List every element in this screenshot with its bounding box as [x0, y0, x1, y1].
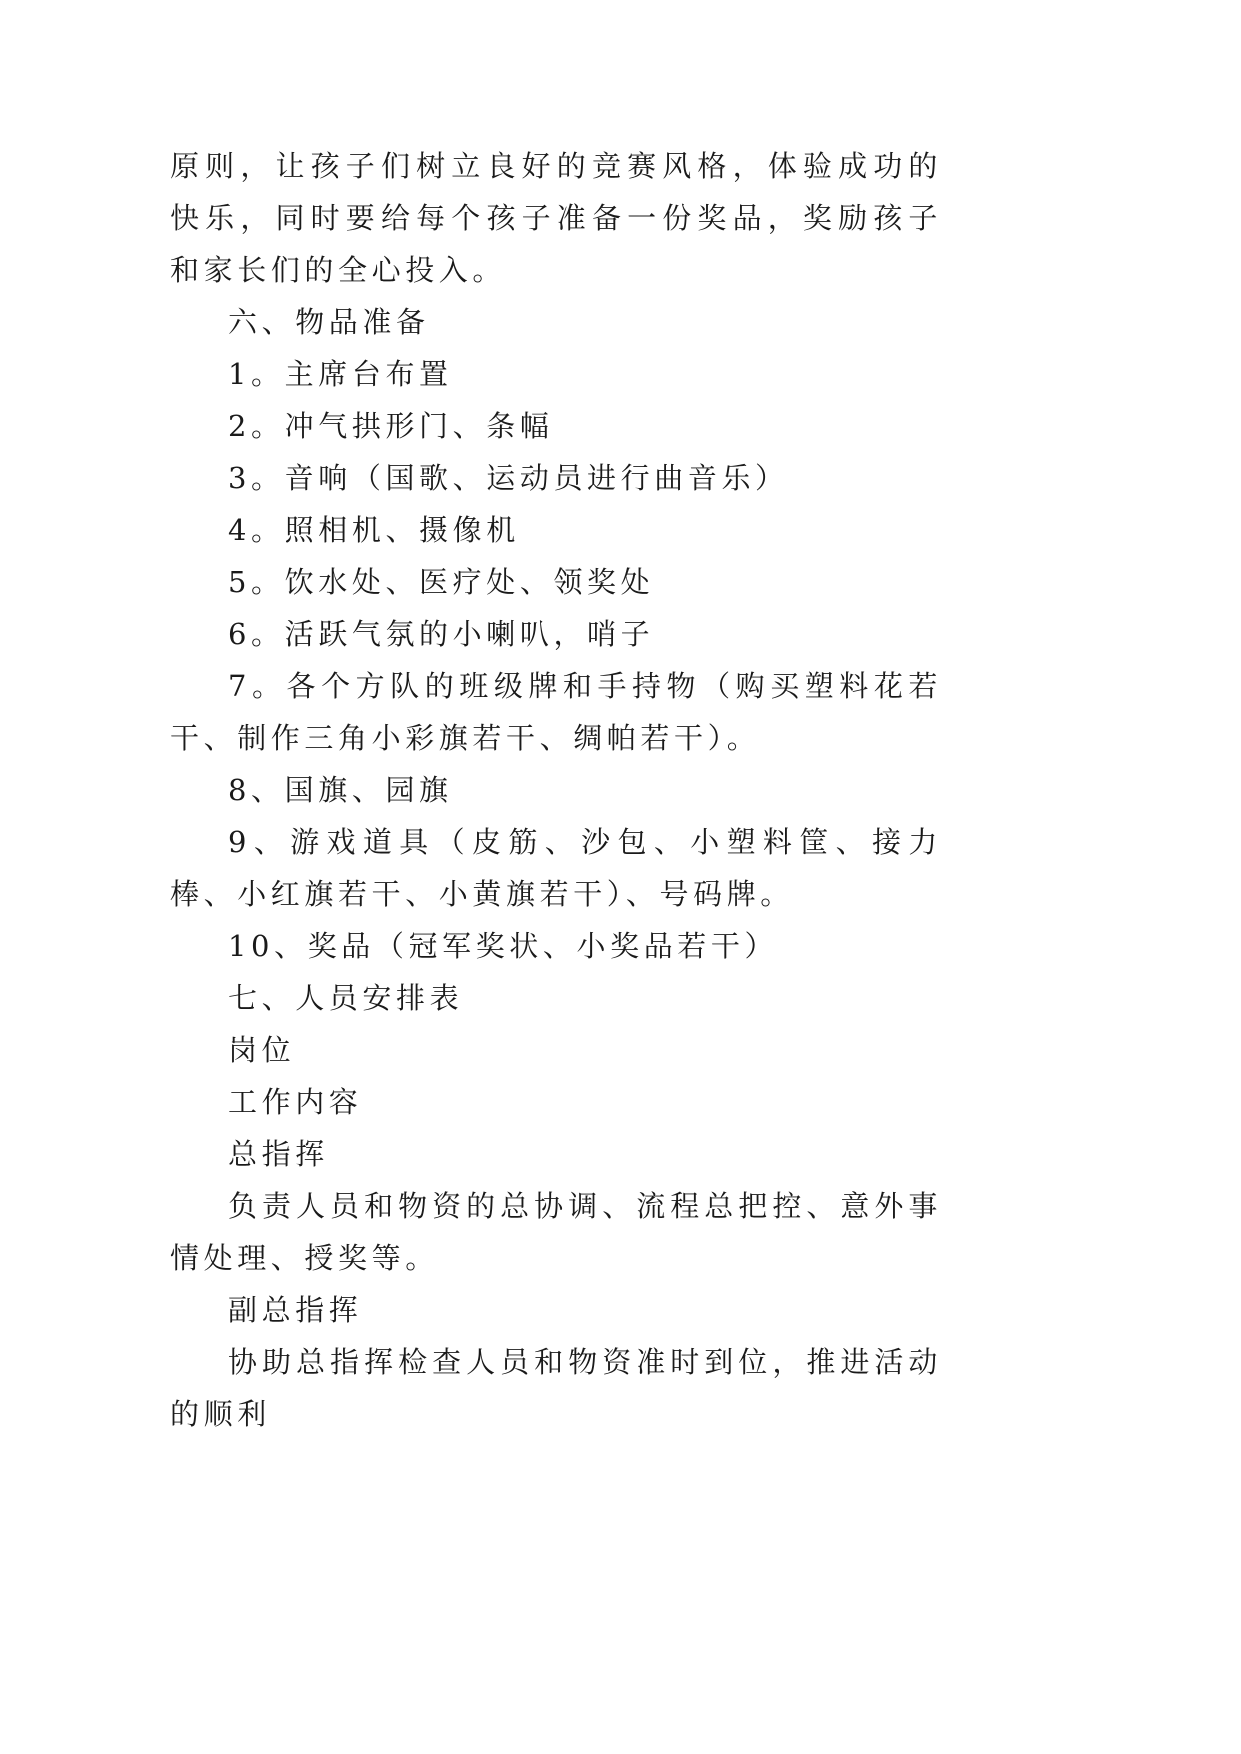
list-item: 9、游戏道具（皮筋、沙包、小塑料筐、接力棒、小红旗若干、小黄旗若干）、号码牌。: [170, 816, 942, 920]
list-item: 1。主席台布置: [170, 348, 942, 400]
table-header-duties: 工作内容: [170, 1076, 942, 1128]
table-cell-duty: 协助总指挥检查人员和物资准时到位，推进活动的顺利: [170, 1336, 942, 1440]
list-item: 10、奖品（冠军奖状、小奖品若干）: [170, 920, 942, 972]
table-cell-role: 总指挥: [170, 1128, 942, 1180]
list-item: 5。饮水处、医疗处、领奖处: [170, 556, 942, 608]
list-item: 6。活跃气氛的小喇叭，哨子: [170, 608, 942, 660]
document-page: 原则，让孩子们树立良好的竞赛风格，体验成功的快乐，同时要给每个孩子准备一份奖品，…: [170, 140, 942, 1440]
table-header-position: 岗位: [170, 1024, 942, 1076]
list-item: 7。各个方队的班级牌和手持物（购买塑料花若干、制作三角小彩旗若干、绸帕若干）。: [170, 660, 942, 764]
list-item: 3。音响（国歌、运动员进行曲音乐）: [170, 452, 942, 504]
list-item: 2。冲气拱形门、条幅: [170, 400, 942, 452]
table-cell-duty: 负责人员和物资的总协调、流程总把控、意外事情处理、授奖等。: [170, 1180, 942, 1284]
table-cell-role: 副总指挥: [170, 1284, 942, 1336]
list-item: 4。照相机、摄像机: [170, 504, 942, 556]
paragraph-continuation: 原则，让孩子们树立良好的竞赛风格，体验成功的快乐，同时要给每个孩子准备一份奖品，…: [170, 140, 942, 296]
section-heading-staff: 七、人员安排表: [170, 972, 942, 1024]
list-item: 8、国旗、园旗: [170, 764, 942, 816]
section-heading-supplies: 六、物品准备: [170, 296, 942, 348]
